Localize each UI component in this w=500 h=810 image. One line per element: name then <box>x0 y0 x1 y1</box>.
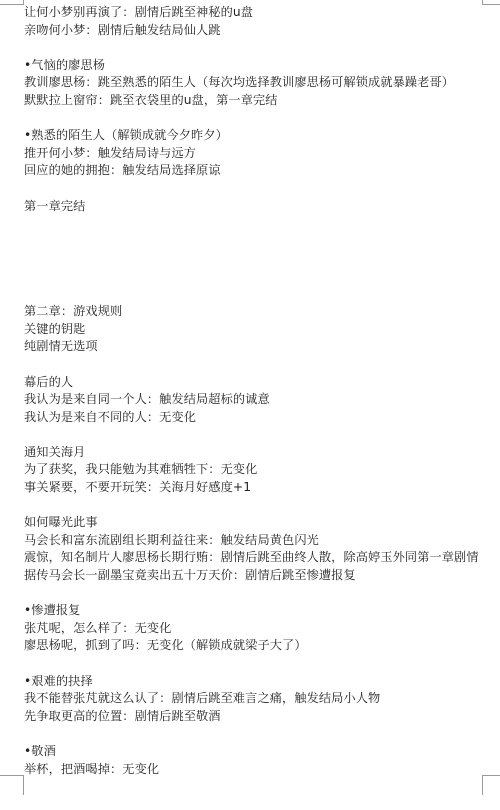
text-line: 让何小梦别再演了：剧情后跳至神秘的u盘 <box>24 4 494 22</box>
text-line: 为了获奖，我只能勉为其难牺牲下：无变化 <box>24 461 494 479</box>
text-line: 马会长和富东流剧组长期利益往来：触发结局黄色闪光 <box>24 532 494 550</box>
text-line: 我认为是来自同一个人：触发结局超标的诚意 <box>24 391 494 409</box>
section-heading: •熟悉的陌生人（解锁成就今夕昨夕） <box>24 127 494 145</box>
crop-mark-top-left-h <box>0 4 24 5</box>
text-line: 事关紧要，不要开玩笑：关海月好感度+1 <box>24 479 494 497</box>
section-heading: 如何曝光此事 <box>24 514 494 532</box>
text-line: 据传马会长一副墨宝竟卖出五十万天价：剧情后跳至惨遭报复 <box>24 567 494 585</box>
section-heading: 关键的钥匙 <box>24 321 494 339</box>
section-heading: •惨遭报复 <box>24 602 494 620</box>
text-line: 我不能替张芃就这么认了：剧情后跳至难言之痛，触发结局小人物 <box>24 690 494 708</box>
chapter-end-label: 第一章完结 <box>24 198 494 216</box>
text-line: 我认为是来自不同的人：无变化 <box>24 409 494 427</box>
text-line: 教训廖思杨：跳至熟悉的陌生人（每次均选择教训廖思杨可解锁成就暴躁老哥） <box>24 74 494 92</box>
section-heading: •艰难的抉择 <box>24 673 494 691</box>
text-line: 亲吻何小梦：剧情后触发结局仙人跳 <box>24 22 494 40</box>
text-line: 回应的她的拥抱：触发结局选择原谅 <box>24 162 494 180</box>
section-heading: •气恼的廖思杨 <box>24 57 494 75</box>
text-line: 举杯，把酒喝掉：无变化 <box>24 761 494 779</box>
text-line: 推开何小梦：触发结局诗与远方 <box>24 145 494 163</box>
text-line: 纯剧情无选项 <box>24 338 494 356</box>
text-line: 震惊，知名制片人廖思杨长期行贿：剧情后跳至曲终人散，除高婷玉外同第一章剧情 <box>24 549 494 567</box>
section-heading: 通知关海月 <box>24 444 494 462</box>
section-heading: •敬酒 <box>24 743 494 761</box>
section-heading: 幕后的人 <box>24 374 494 392</box>
crop-mark-bottom-left-h <box>0 775 24 776</box>
text-line: 先争取更高的位置：剧情后跳至敬酒 <box>24 708 494 726</box>
text-line: 张芃呢，怎么样了：无变化 <box>24 620 494 638</box>
document-body: 让何小梦别再演了：剧情后跳至神秘的u盘 亲吻何小梦：剧情后触发结局仙人跳 •气恼… <box>24 4 494 778</box>
text-line: 默默拉上窗帘：跳至衣袋里的u盘，第一章完结 <box>24 92 494 110</box>
text-line: 廖思杨呢，抓到了吗：无变化（解锁成就梁子大了） <box>24 637 494 655</box>
chapter-title: 第二章：游戏规则 <box>24 303 494 321</box>
